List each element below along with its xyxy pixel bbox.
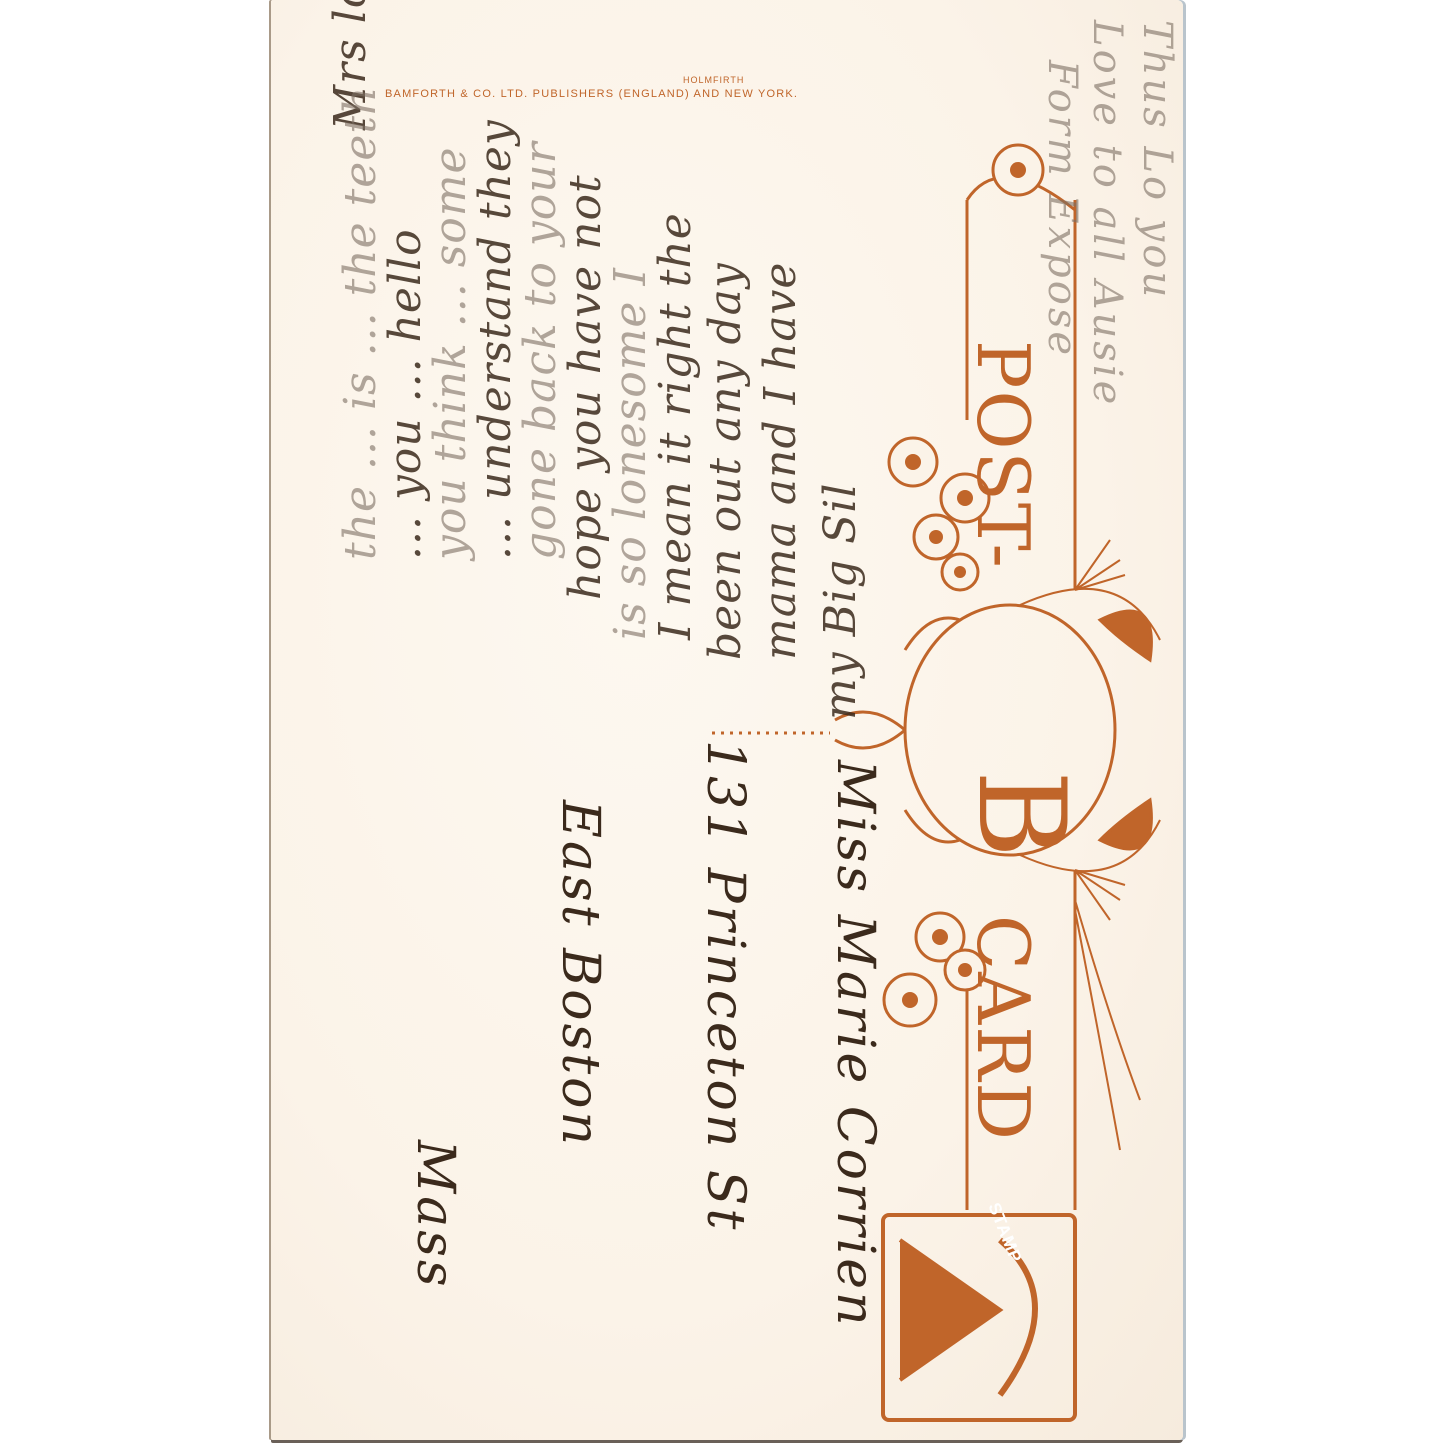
message-line: the ... is ... the teeth xyxy=(335,86,386,560)
message-line: I mean it right the xyxy=(650,212,701,640)
message-line: gone back to your xyxy=(515,141,566,560)
margin-note: Form Expose xyxy=(1039,60,1085,358)
address-line: East Boston xyxy=(550,800,610,1148)
heading-card: CARD xyxy=(961,915,1045,1142)
address-line: Mass xyxy=(405,1140,465,1290)
margin-note: Thus Lo you xyxy=(1134,20,1180,300)
message-line: you think ... some xyxy=(425,146,476,560)
message-line: mama and I have xyxy=(755,262,806,660)
message-line: ... understand they xyxy=(470,119,521,560)
message-line: hope you have not xyxy=(560,174,611,600)
message-line: been out any day xyxy=(700,262,751,660)
heading-post: POST- xyxy=(961,340,1045,570)
address-line: 131 Princeton St xyxy=(695,740,755,1232)
margin-note: Love to all Ausie xyxy=(1084,20,1130,407)
publisher-line: BAMFORTH & CO. LTD. PUBLISHERS (ENGLAND)… xyxy=(385,88,798,100)
message-line: ... you ... hello xyxy=(380,228,431,560)
message-line: is so lonesome I xyxy=(605,267,656,640)
message-line: my Big Sil xyxy=(815,483,866,720)
address-line: Miss Marie Corrien xyxy=(825,760,885,1329)
publisher-town: HOLMFIRTH xyxy=(683,75,744,85)
